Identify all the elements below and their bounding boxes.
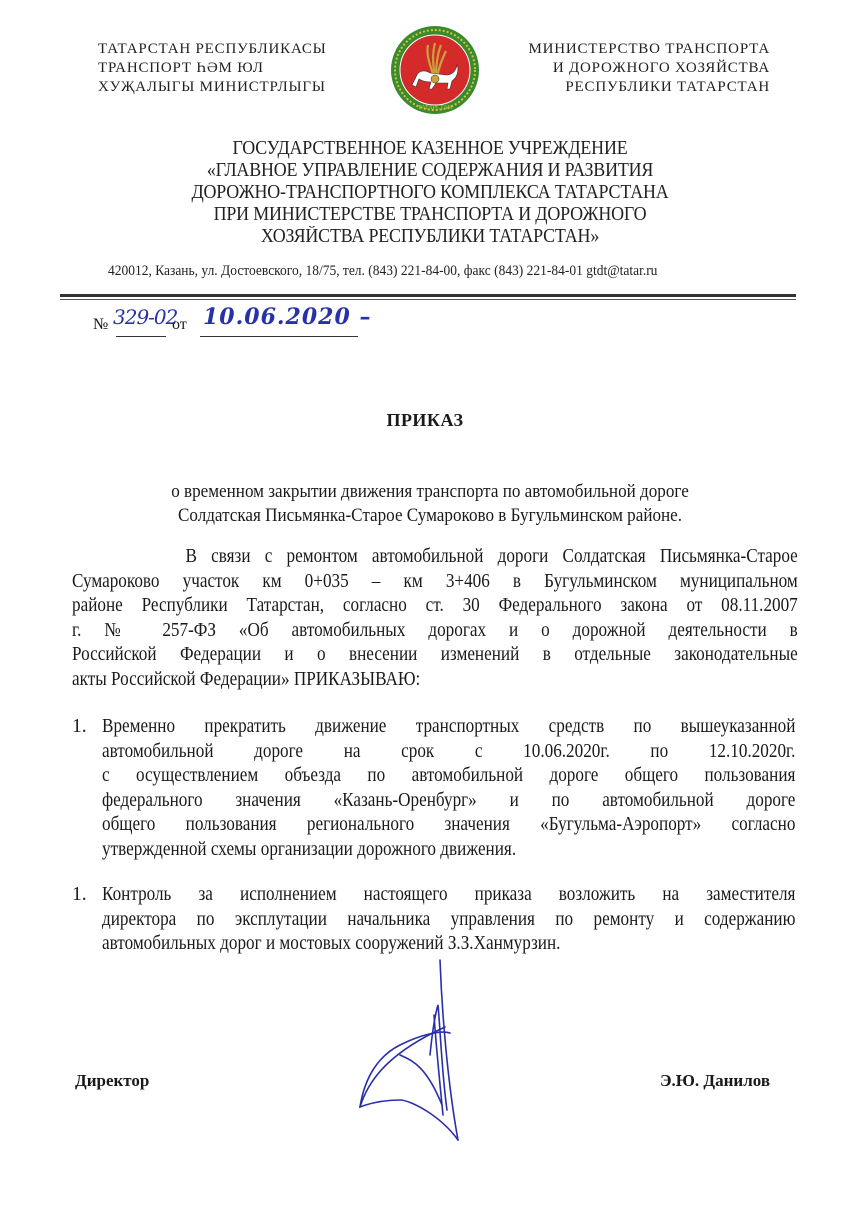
- registration-date-handwritten: 10.06.2020 –: [203, 304, 371, 330]
- document-subject: о временном закрытии движения транспорта…: [80, 480, 780, 528]
- signatory-role: Директор: [75, 1071, 149, 1091]
- header-tatar-ministry: ТАТАРСТАН РЕСПУБЛИКАСЫ ТРАНСПОРТ ҺӘМ ЮЛ …: [98, 40, 358, 97]
- handwritten-signature-icon: [340, 955, 480, 1155]
- header-right-line: И ДОРОЖНОГО ХОЗЯЙСТВА: [500, 59, 770, 78]
- preamble-line: Российской Федерации и о внесении измене…: [72, 643, 798, 668]
- preamble-line: районе Республики Татарстан, согласно ст…: [72, 594, 798, 619]
- order-item-1: 1. Временно прекратить движение транспор…: [72, 715, 798, 863]
- header-left-line: ТРАНСПОРТ ҺӘМ ЮЛ: [98, 59, 358, 78]
- preamble-paragraph: В связи с ремонтом автомобильной дороги …: [72, 545, 798, 693]
- preamble-line: акты Российской Федерации» ПРИКАЗЫВАЮ:: [72, 668, 798, 693]
- item-number: 1.: [72, 715, 87, 740]
- header-russian-ministry: МИНИСТЕРСТВО ТРАНСПОРТА И ДОРОЖНОГО ХОЗЯ…: [500, 40, 770, 97]
- header-left-line: ТАТАРСТАН РЕСПУБЛИКАСЫ: [98, 40, 358, 59]
- organization-line: ДОРОЖНО-ТРАНСПОРТНОГО КОМПЛЕКСА ТАТАРСТА…: [90, 182, 771, 204]
- preamble-line: В связи с ремонтом автомобильной дороги …: [72, 545, 798, 570]
- organization-line: ГОСУДАРСТВЕННОЕ КАЗЕННОЕ УЧРЕЖДЕНИЕ: [90, 138, 771, 160]
- item-line: федерального значения «Казань-Оренбург» …: [102, 789, 795, 814]
- item-line: утвержденной схемы организации дорожного…: [102, 838, 795, 863]
- registration-date-label: от: [172, 316, 187, 334]
- organization-line: ХОЗЯЙСТВА РЕСПУБЛИКИ ТАТАРСТАН»: [90, 226, 771, 248]
- item-line: Контроль за исполнением настоящего прика…: [102, 883, 795, 908]
- registration-number-handwritten: 329-02: [113, 305, 177, 329]
- item-line: автомобильной дороге на срок с 10.06.202…: [102, 740, 795, 765]
- item-line: Временно прекратить движение транспортны…: [102, 715, 795, 740]
- item-line: общего пользования регионального значени…: [102, 813, 795, 838]
- item-number: 1.: [72, 883, 87, 908]
- header-right-line: РЕСПУБЛИКИ ТАТАРСТАН: [500, 78, 770, 97]
- item-line: с осуществлением объезда по автомобильно…: [102, 764, 795, 789]
- header-left-line: ХУҖАЛЫГЫ МИНИСТРЛЫГЫ: [98, 78, 358, 97]
- organization-address: 420012, Казань, ул. Достоевского, 18/75,…: [108, 263, 657, 280]
- subject-line: о временном закрытии движения транспорта…: [115, 480, 745, 504]
- item-line: автомобильных дорог и мостовых сооружени…: [102, 932, 795, 957]
- registration-number-underline: [116, 336, 166, 337]
- document-title: ПРИКАЗ: [0, 410, 850, 431]
- preamble-line: г. № 257-ФЗ «Об автомобильных дорогах и …: [72, 619, 798, 644]
- emblem-label: ТАТАРСТАН: [418, 105, 453, 111]
- tatarstan-emblem-icon: ТАТАРСТАН: [390, 25, 480, 115]
- item-line: директора по эксплутации начальника упра…: [102, 908, 795, 933]
- order-item-2: 1. Контроль за исполнением настоящего пр…: [72, 883, 798, 957]
- registration-date-underline: [200, 336, 358, 337]
- registration-number-label: №: [93, 316, 108, 334]
- header-right-line: МИНИСТЕРСТВО ТРАНСПОРТА: [500, 40, 770, 59]
- subject-line: Солдатская Письмянка-Старое Сумароково в…: [115, 504, 745, 528]
- preamble-line: Сумароково участок км 0+035 – км 3+406 в…: [72, 570, 798, 595]
- header-divider-thick: [60, 294, 796, 297]
- header-divider-thin: [60, 299, 796, 300]
- organization-name: ГОСУДАРСТВЕННОЕ КАЗЕННОЕ УЧРЕЖДЕНИЕ «ГЛА…: [60, 138, 800, 248]
- organization-line: ПРИ МИНИСТЕРСТВЕ ТРАНСПОРТА И ДОРОЖНОГО: [90, 204, 771, 226]
- organization-line: «ГЛАВНОЕ УПРАВЛЕНИЕ СОДЕРЖАНИЯ И РАЗВИТИ…: [90, 160, 771, 182]
- signatory-name: Э.Ю. Данилов: [660, 1071, 770, 1091]
